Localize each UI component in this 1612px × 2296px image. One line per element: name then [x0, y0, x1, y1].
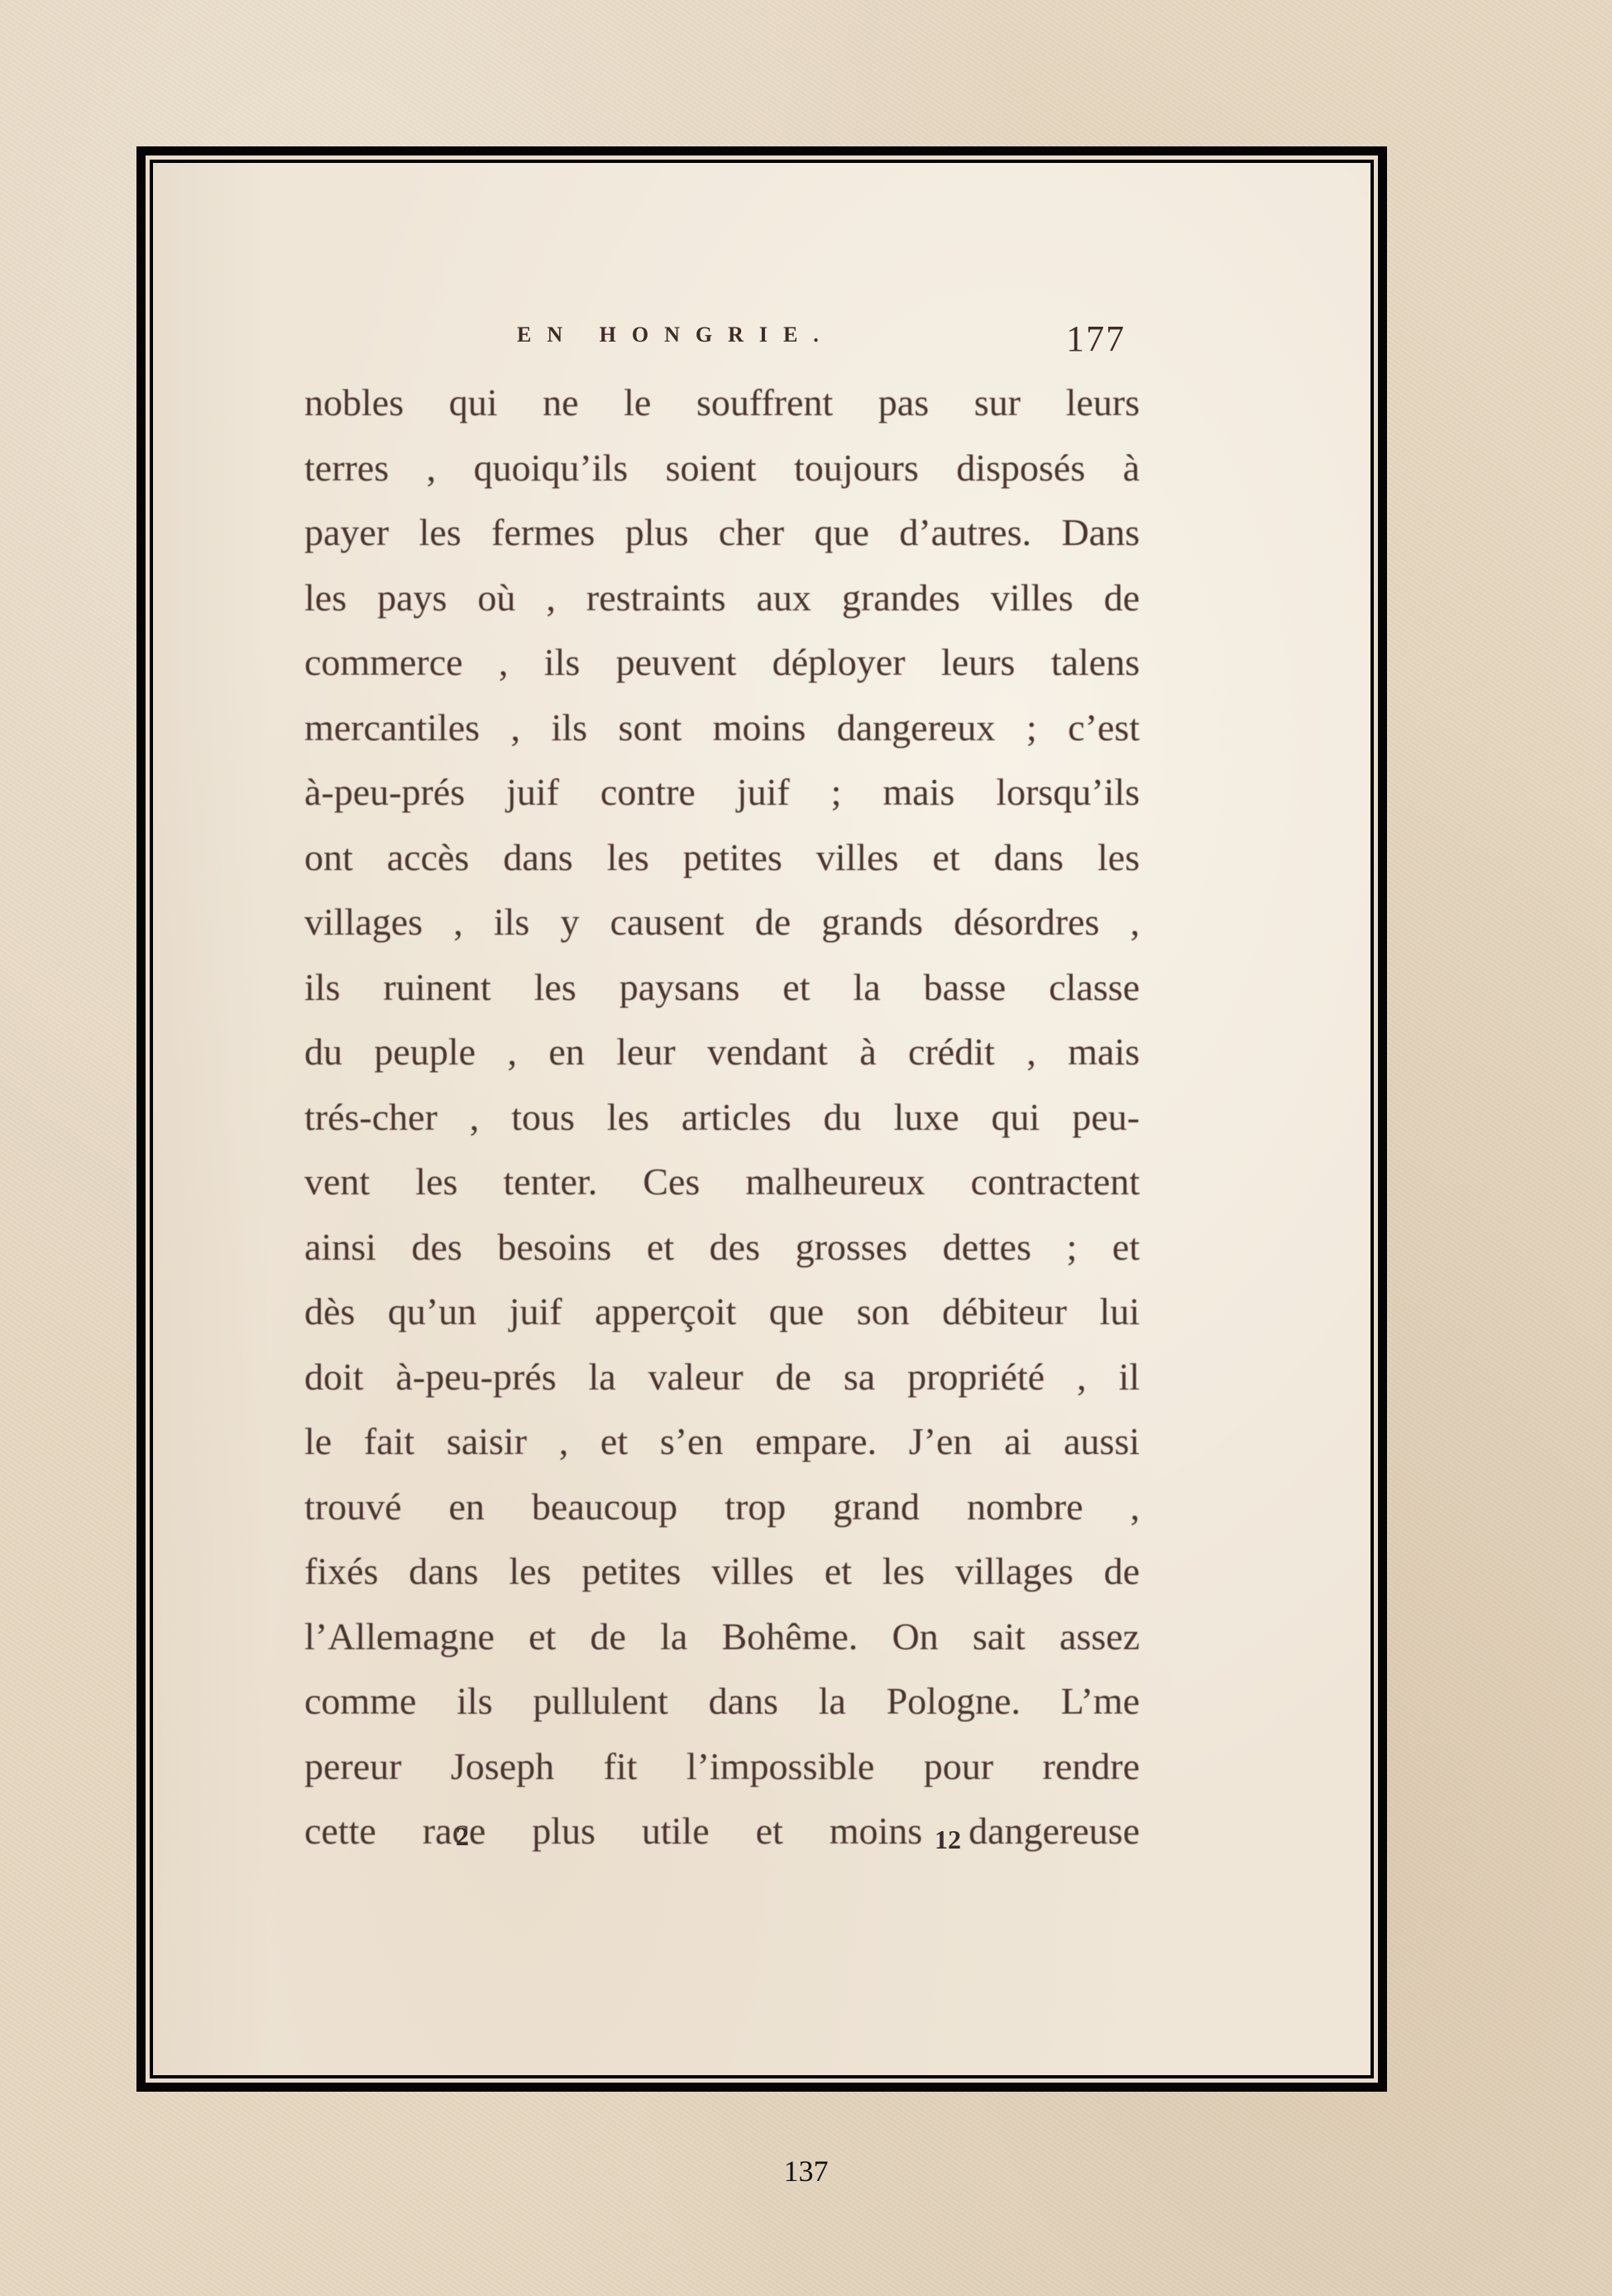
text-line: du peuple , en leur vendant à crédit , m… [304, 1020, 1140, 1085]
text-line: trouvé en beaucoup trop grand nombre , [304, 1475, 1140, 1540]
text-line: trés-cher , tous les articles du luxe qu… [304, 1085, 1140, 1150]
text-line: ils ruinent les paysans et la basse clas… [304, 955, 1140, 1021]
text-line: les pays où , restraints aux grandes vil… [304, 566, 1140, 631]
original-folio-number: 177 [1066, 318, 1126, 360]
text-line: villages , ils y causent de grands désor… [304, 890, 1140, 955]
text-line: comme ils pullulent dans la Pologne. L’m… [304, 1669, 1140, 1734]
text-line: payer les fermes plus cher que d’autres.… [304, 500, 1140, 566]
running-head: EN HONGRIE. 177 [364, 323, 1158, 372]
signature-mark-left: 2 [456, 1821, 469, 1852]
page-number: 137 [0, 2154, 1612, 2188]
text-line: nobles qui ne le souffrent pas sur leurs [304, 371, 1140, 436]
text-line: fixés dans les petites villes et les vil… [304, 1539, 1140, 1605]
text-line: le fait saisir , et s’en empare. J’en ai… [304, 1409, 1140, 1475]
text-line: mercantiles , ils sont moins dangereux ;… [304, 696, 1140, 761]
text-line: dès qu’un juif apperçoit que son débiteu… [304, 1280, 1140, 1345]
text-line: commerce , ils peuvent déployer leurs ta… [304, 630, 1140, 696]
text-line: l’Allemagne et de la Bohême. On sait ass… [304, 1605, 1140, 1670]
text-line: terres , quoiqu’ils soient toujours disp… [304, 436, 1140, 501]
body-text: nobles qui ne le souffrent pas sur leurs… [304, 371, 1140, 1864]
text-line: ainsi des besoins et des grosses dettes … [304, 1215, 1140, 1280]
running-head-title: EN HONGRIE. [517, 323, 835, 347]
printer-signature: 2 12 [0, 1821, 1612, 1871]
text-line: doit à-peu-prés la valeur de sa propriét… [304, 1345, 1140, 1410]
text-line: vent les tenter. Ces malheureux contract… [304, 1150, 1140, 1215]
text-line: pereur Joseph fit l’impossible pour rend… [304, 1734, 1140, 1800]
text-line: ont accès dans les petites villes et dan… [304, 825, 1140, 891]
text-line: à-peu-prés juif contre juif ; mais lorsq… [304, 760, 1140, 825]
signature-mark-right: 12 [935, 1825, 961, 1855]
